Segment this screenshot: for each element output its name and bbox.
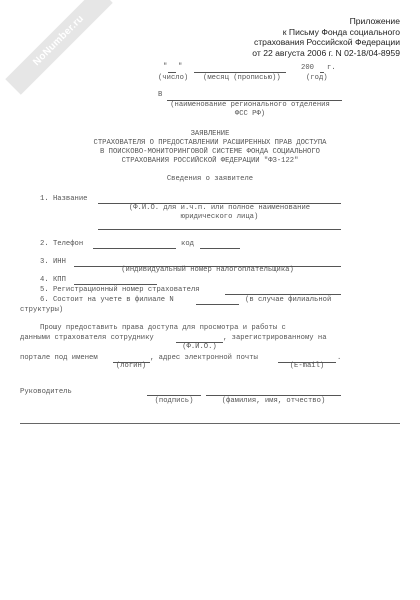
reg-number-label: 5. Регистрационный номер страхователя <box>40 286 200 295</box>
date-year-prefix: 200 <box>301 64 314 73</box>
date-year-field[interactable] <box>320 72 324 73</box>
date-year-suffix: г. <box>327 64 336 73</box>
signature-name-field[interactable] <box>206 395 341 396</box>
phone-label: 2. Телефон <box>40 240 83 249</box>
signature-role: Руководитель <box>20 388 72 397</box>
branch-note-cont: структуры) <box>20 306 63 315</box>
header-line: к Письму Фонда социального <box>252 27 400 38</box>
email-caption: (E-mail) <box>278 362 336 371</box>
date-year-caption: (год) <box>306 74 328 83</box>
recipient-prefix: В <box>158 91 162 100</box>
signature-field[interactable] <box>147 395 201 396</box>
name-caption-line: юридического лица) <box>98 213 341 222</box>
document-title: ЗАЯВЛЕНИЕ СТРАХОВАТЕЛЯ О ПРЕДОСТАВЛЕНИИ … <box>40 130 380 166</box>
name-field-2[interactable] <box>98 229 341 230</box>
name-caption: (Ф.И.О. для и.ч.п. или полное наименован… <box>98 204 341 222</box>
header-line: Приложение <box>252 16 400 27</box>
name-label: 1. Название <box>40 195 87 204</box>
code-label: код <box>181 240 194 249</box>
phone-field[interactable] <box>93 248 176 249</box>
name-caption-line: (Ф.И.О. для и.ч.п. или полное наименован… <box>98 204 341 213</box>
request-line-2a: данными страхователя сотруднику <box>20 334 154 343</box>
date-quote-open: " <box>163 63 167 72</box>
employee-fio-caption: (Ф.И.О.) <box>176 343 223 352</box>
request-line-3-end: . <box>337 354 341 363</box>
branch-note: (в случае филиальной <box>245 296 331 305</box>
inn-caption: (индивидуальный номер налогоплательщика) <box>74 266 341 275</box>
inn-label: 3. ИНН <box>40 258 66 267</box>
signature-name-caption: (фамилия, имя, отчество) <box>206 397 341 406</box>
date-month-caption: (месяц (прописью)) <box>203 74 281 83</box>
request-line-2b: , зарегистрированному на <box>223 334 327 343</box>
recipient-caption-line: (наименование регионального отделения <box>150 101 350 110</box>
branch-label: 6. Состоит на учете в филиале N <box>40 296 174 305</box>
kpp-field[interactable] <box>74 284 157 285</box>
date-month-field[interactable] <box>194 72 286 73</box>
request-line-1: Прошу предоставить права доступа для про… <box>40 324 286 333</box>
watermark: NoNumber.ru <box>5 0 112 95</box>
appendix-header: Приложение к Письму Фонда социального ст… <box>252 16 400 58</box>
title-line: СТРАХОВАТЕЛЯ О ПРЕДОСТАВЛЕНИИ РАСШИРЕННЫ… <box>40 139 380 148</box>
request-line-3b: , адрес электронной почты <box>150 354 258 363</box>
title-line: В ПОИСКОВО-МОНИТОРИНГОВОЙ СИСТЕМЕ ФОНДА … <box>40 148 380 157</box>
recipient-caption: (наименование регионального отделения ФС… <box>150 101 350 119</box>
kpp-label: 4. КПП <box>40 276 66 285</box>
footer-divider <box>20 423 400 424</box>
header-line: от 22 августа 2006 г. N 02-18/04-8959 <box>252 48 400 59</box>
date-quote-close: " <box>178 63 182 72</box>
header-line: страхования Российской Федерации <box>252 37 400 48</box>
date-day-caption: (число) <box>158 74 188 83</box>
reg-number-field[interactable] <box>225 294 341 295</box>
section-title: Сведения о заявителе <box>40 175 380 184</box>
title-line: СТРАХОВАНИЯ РОССИЙСКОЙ ФЕДЕРАЦИИ "ФЗ-122… <box>40 157 380 166</box>
signature-caption: (подпись) <box>147 397 201 406</box>
request-line-3a: портале под именем <box>20 354 98 363</box>
date-day-field[interactable] <box>168 72 176 73</box>
recipient-caption-line: ФСС РФ) <box>150 110 350 119</box>
title-line: ЗАЯВЛЕНИЕ <box>40 130 380 139</box>
login-caption: (логин) <box>106 362 156 371</box>
branch-field[interactable] <box>196 304 239 305</box>
code-field[interactable] <box>200 248 240 249</box>
